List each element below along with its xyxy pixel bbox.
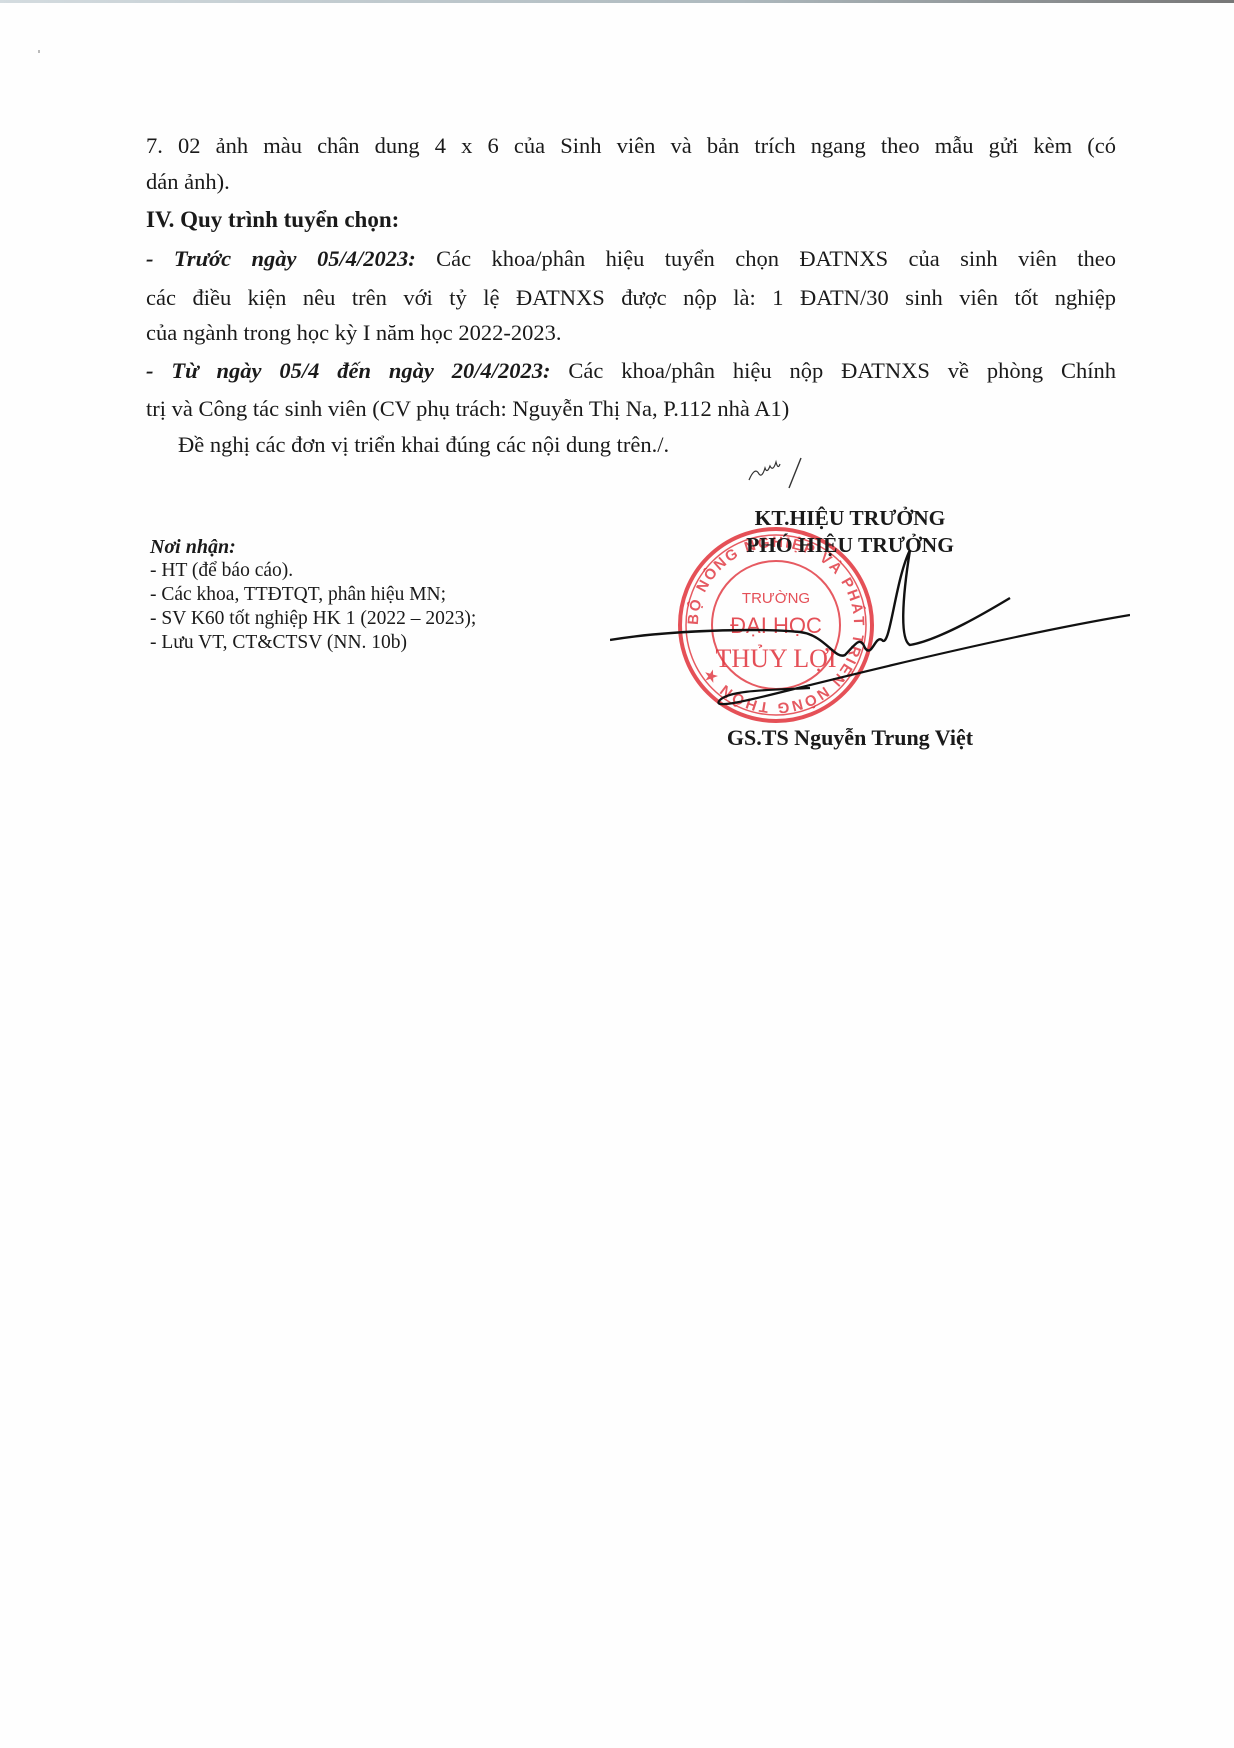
section-heading: IV. Quy trình tuyển chọn:: [146, 201, 399, 239]
handwritten-signature-icon: [610, 540, 1130, 720]
recipient-item: - Lưu VT, CT&CTSV (NN. 10b): [150, 631, 476, 655]
step-2-label: - Từ ngày 05/4 đến ngày 20/4/2023:: [146, 358, 551, 383]
step-2-line-2: trị và Công tác sinh viên (CV phụ trách:…: [146, 390, 789, 428]
scan-speck: [38, 50, 40, 53]
step-1-line-1: - Trước ngày 05/4/2023: Các khoa/phân hi…: [146, 240, 1116, 278]
signatory-name: GS.TS Nguyễn Trung Việt: [690, 725, 1010, 751]
initials-icon: [745, 450, 805, 490]
step-1-line-2: các điều kiện nêu trên với tỷ lệ ĐATNXS …: [146, 279, 1116, 317]
step-2-text: Các khoa/phân hiệu nộp ĐATNXS về phòng C…: [551, 358, 1117, 383]
recipients-title: Nơi nhận:: [150, 535, 476, 559]
recipient-item: - HT (để báo cáo).: [150, 559, 476, 583]
recipient-item: - SV K60 tốt nghiệp HK 1 (2022 – 2023);: [150, 607, 476, 631]
signature-title-1: KT.HIỆU TRƯỞNG: [690, 505, 1010, 532]
step-1-label: - Trước ngày 05/4/2023:: [146, 246, 416, 271]
step-1-line-3: của ngành trong học kỳ I năm học 2022-20…: [146, 314, 562, 352]
item-7-line-2: dán ảnh).: [146, 163, 230, 201]
closing-line: Đề nghị các đơn vị triển khai đúng các n…: [178, 426, 669, 464]
recipient-item: - Các khoa, TTĐTQT, phân hiệu MN;: [150, 583, 476, 607]
step-1-text: Các khoa/phân hiệu tuyển chọn ĐATNXS của…: [416, 246, 1116, 271]
scan-top-edge: [0, 0, 1234, 3]
recipients-block: Nơi nhận: - HT (để báo cáo). - Các khoa,…: [150, 535, 476, 655]
step-2-line-1: - Từ ngày 05/4 đến ngày 20/4/2023: Các k…: [146, 352, 1116, 390]
item-7-line-1: 7. 02 ảnh màu chân dung 4 x 6 của Sinh v…: [146, 127, 1116, 165]
